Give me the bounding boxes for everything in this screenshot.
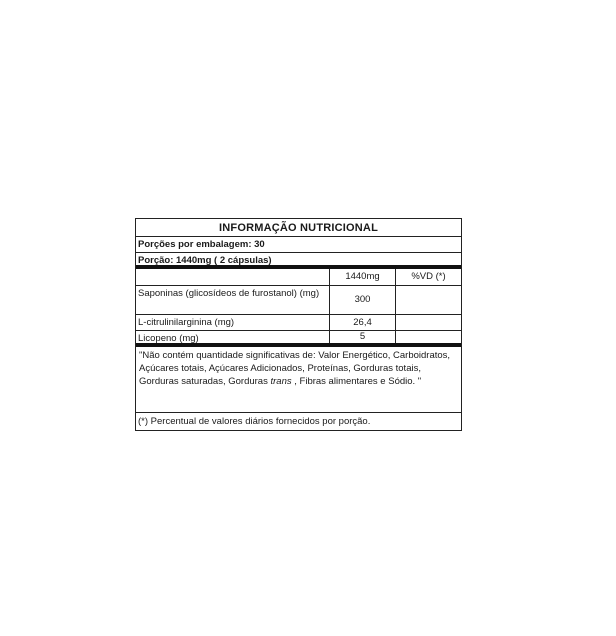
nutrient-amount: 300: [330, 286, 396, 314]
nutrient-name: Licopeno (mg): [136, 331, 330, 343]
nutrient-dv: [396, 286, 461, 314]
table-row: Licopeno (mg) 5: [136, 331, 461, 347]
nutrition-facts-table: INFORMAÇÃO NUTRICIONAL Porções por embal…: [135, 218, 462, 431]
table-title: INFORMAÇÃO NUTRICIONAL: [136, 219, 461, 237]
serving-size: Porção: 1440mg ( 2 cápsulas): [136, 253, 461, 269]
nutrient-amount: 26,4: [330, 315, 396, 330]
not-significant-note: "Não contém quantidade significativas de…: [136, 347, 461, 413]
note-italic-text: trans: [270, 376, 291, 387]
table-row: Saponinas (glicosídeos de furostanol) (m…: [136, 286, 461, 315]
nutrient-name: L-citrulinilarginina (mg): [136, 315, 330, 330]
nutrient-dv: [396, 315, 461, 330]
nutrient-dv: [396, 331, 461, 343]
header-daily-value: %VD (*): [396, 269, 461, 285]
note-text-end: , Fibras alimentares e Sódio. ": [292, 376, 422, 387]
header-amount: 1440mg: [330, 269, 396, 285]
table-row: L-citrulinilarginina (mg) 26,4: [136, 315, 461, 331]
header-nutrient: [136, 269, 330, 285]
nutrient-name: Saponinas (glicosídeos de furostanol) (m…: [136, 286, 330, 314]
daily-value-footnote: (*) Percentual de valores diários fornec…: [136, 413, 461, 430]
nutrient-amount: 5: [330, 331, 396, 343]
servings-per-package: Porções por embalagem: 30: [136, 237, 461, 253]
column-header-row: 1440mg %VD (*): [136, 269, 461, 286]
